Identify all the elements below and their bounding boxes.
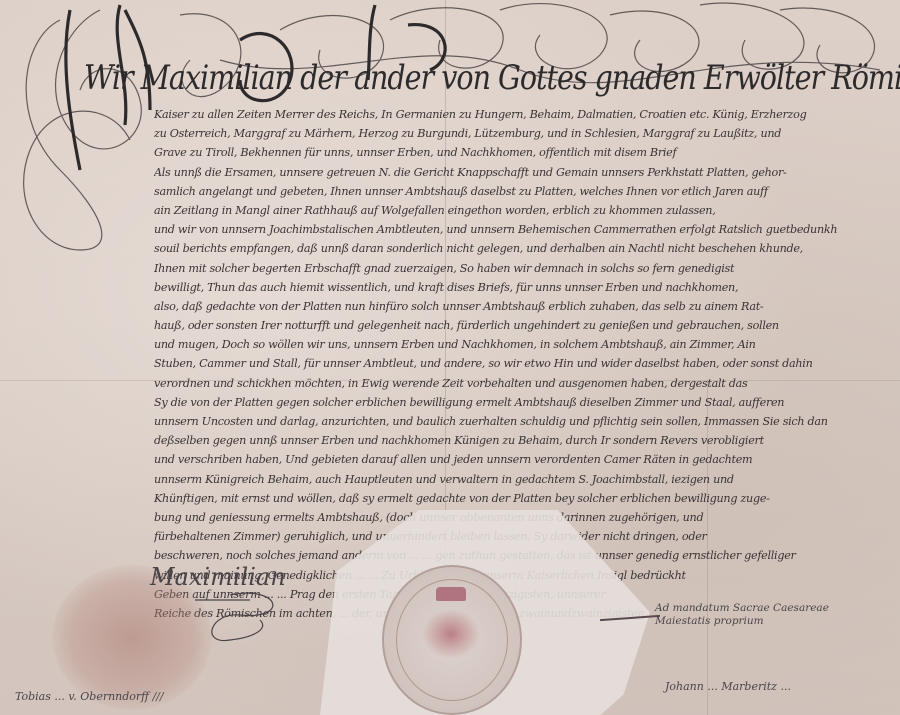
- body-line: souil berichts empfangen, daß unnß daran…: [154, 239, 894, 258]
- crown-icon: [436, 587, 466, 601]
- admandatum-note: Ad mandatum Sacrae Caesareae Maiestatis …: [655, 602, 829, 628]
- body-line: Grave zu Tiroll, Bekhennen für unns, unn…: [154, 143, 894, 162]
- body-line: und verschriben haben, Und gebieten dara…: [154, 450, 894, 469]
- body-line: Als unnß die Ersamen, unnsere getreuen N…: [154, 163, 894, 182]
- body-line: zu Osterreich, Marggraf zu Märhern, Herz…: [154, 124, 894, 143]
- body-line: unnserm Künigreich Behaim, auch Hauptleu…: [154, 470, 894, 489]
- body-line: deßselben gegen unnß unnser Erben und na…: [154, 431, 894, 450]
- body-line: und wir von unnsern Joachimbstalischen A…: [154, 220, 894, 239]
- body-line: verordnen und schickhen möchten, in Ewig…: [154, 374, 894, 393]
- body-line: samlich angelangt und gebeten, Ihnen unn…: [154, 182, 894, 201]
- body-line: Stuben, Cammer und Stall, für unnser Amb…: [154, 354, 894, 373]
- body-line: also, daß gedachte von der Platten nun h…: [154, 297, 894, 316]
- body-line: ain Zeitlang in Mangl ainer Rathhauß auf…: [154, 201, 894, 220]
- body-line: Kaiser zu allen Zeiten Merrer des Reichs…: [154, 105, 894, 124]
- body-line: Sy die von der Platten gegen solcher erb…: [154, 393, 894, 412]
- body-line: unnsern Uncosten und darlag, anzurichten…: [154, 412, 894, 431]
- registrar-signature: Johann ... Marberitz ...: [665, 680, 791, 693]
- eagle-emblem-icon: [422, 609, 480, 659]
- body-line: Ihnen mit solcher begerten Erbschafft gn…: [154, 259, 894, 278]
- imperial-seal: [382, 565, 522, 715]
- document-heading: Wir Maximilian der ander von Gottes gnad…: [84, 58, 900, 98]
- body-line: Khünftigen, mit ernst und wöllen, daß sy…: [154, 489, 894, 508]
- bottom-left-note: Tobias ... v. Obernndorff ///: [15, 690, 164, 703]
- body-line: bewilligt, Thun das auch hiemit wissentl…: [154, 278, 894, 297]
- body-line: und mugen, Doch so wöllen wir uns, unnse…: [154, 335, 894, 354]
- emperor-signature: Maximilian: [150, 563, 286, 591]
- body-line: hauß, oder sonsten Irer notturfft und ge…: [154, 316, 894, 335]
